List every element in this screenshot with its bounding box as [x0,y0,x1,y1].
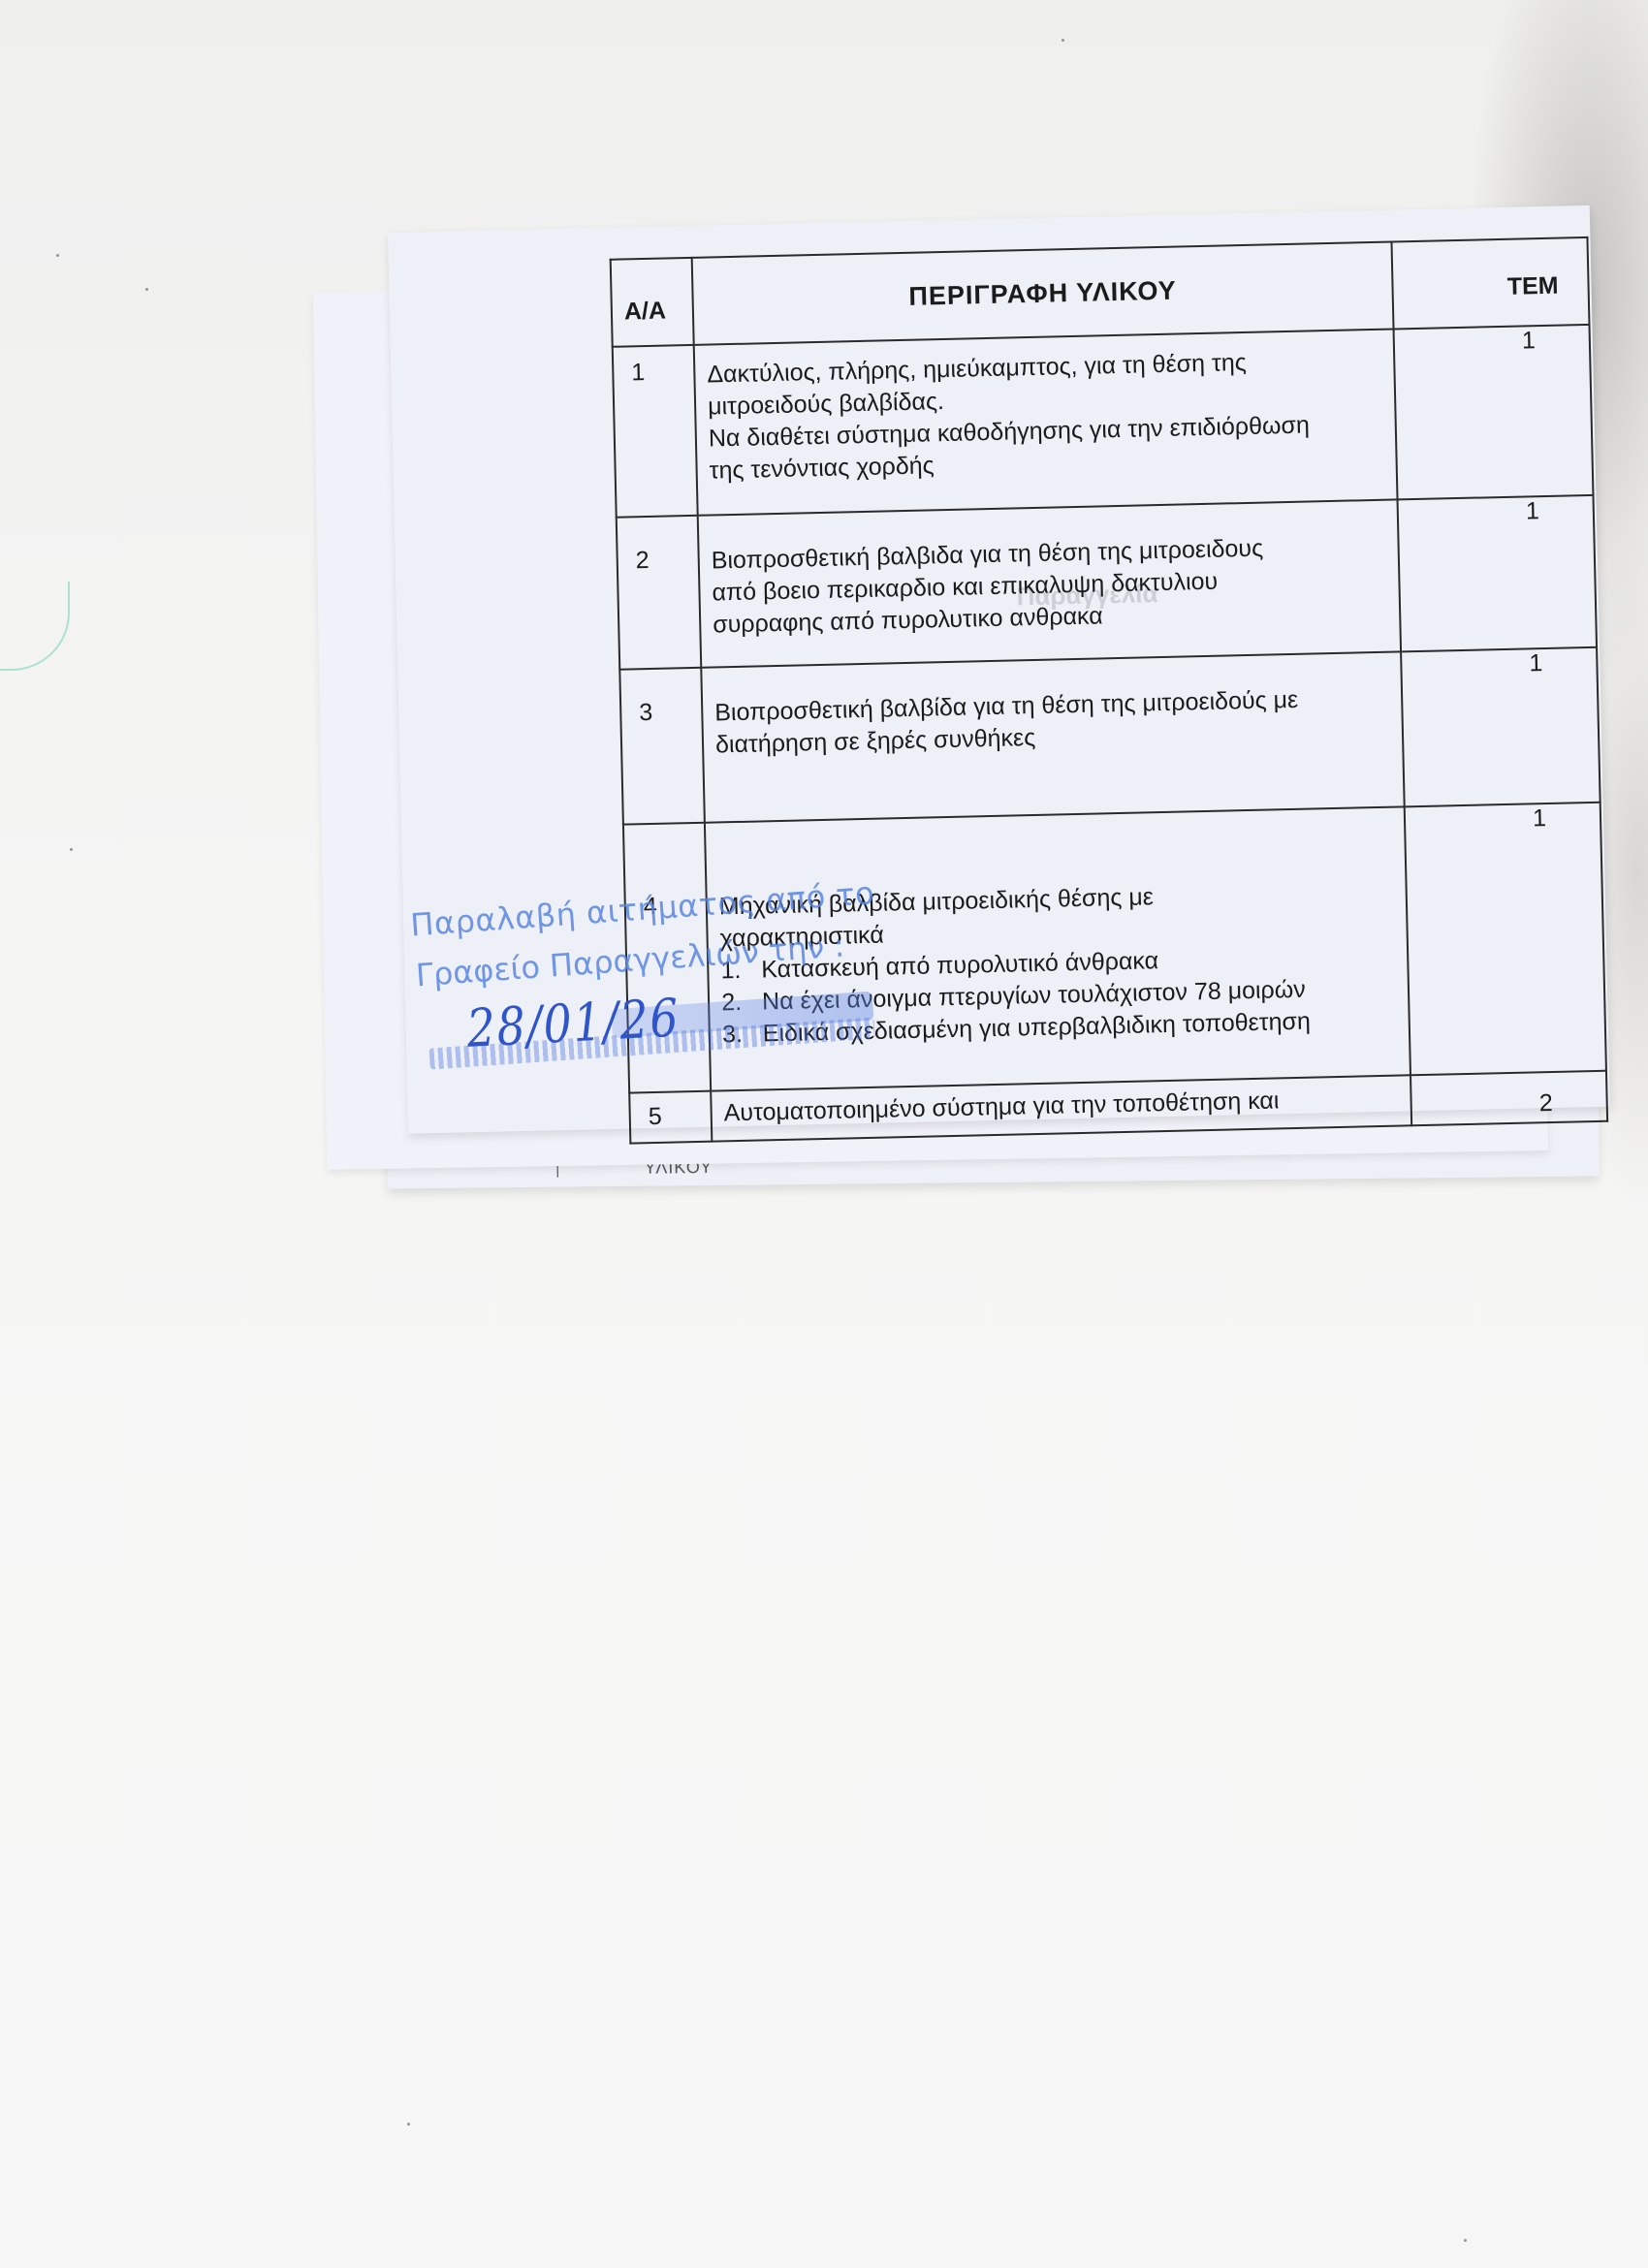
header-quantity: ΤΕΜ [1391,237,1589,330]
header-description: ΠΕΡΙΓΡΑΦΗ ΥΛΙΚΟΥ [692,242,1394,345]
row-index: 1 [613,345,698,518]
dust-speck [70,848,73,851]
table-row: 2 Βιοπροσθετική βαλβιδα για τη θέση της … [617,495,1597,670]
received-stamp: Παραλαβή αιτήματος από το Γραφείο Παραγγ… [399,865,916,1093]
dust-speck [1062,39,1064,42]
row-index: 2 [617,516,702,670]
description-line: Αυτοματοποιημένο σύστημα για την τοποθέτ… [723,1083,1401,1130]
row-description: Βιοπροσθετική βαλβιδα για τη θέση της μι… [698,499,1401,667]
row-quantity: 1 [1401,647,1600,807]
dust-speck [1464,2239,1467,2242]
table-row: 3 Βιοπροσθετική βαλβίδα για τη θέση της … [619,647,1600,825]
row-quantity: 2 [1410,1071,1607,1126]
table-row: 1 Δακτύλιος, πλήρης, ημιεύκαμπτος, για τ… [613,325,1594,518]
row-description: Δακτύλιος, πλήρης, ημιεύκαμπτος, για τη … [694,329,1398,515]
dust-speck [407,2123,410,2126]
row-index: 5 [629,1091,712,1144]
row-index: 3 [619,668,705,825]
header-index: Α/Α [611,258,694,347]
row-description: Βιοπροσθετική βαλβίδα για τη θέση της μι… [701,651,1404,822]
row-quantity: 1 [1405,803,1606,1076]
row-quantity: 1 [1394,325,1594,500]
handwritten-date: 28/01/26 [465,987,681,1058]
dust-speck [56,254,59,257]
dust-speck [145,288,148,291]
row-quantity: 1 [1398,495,1598,652]
